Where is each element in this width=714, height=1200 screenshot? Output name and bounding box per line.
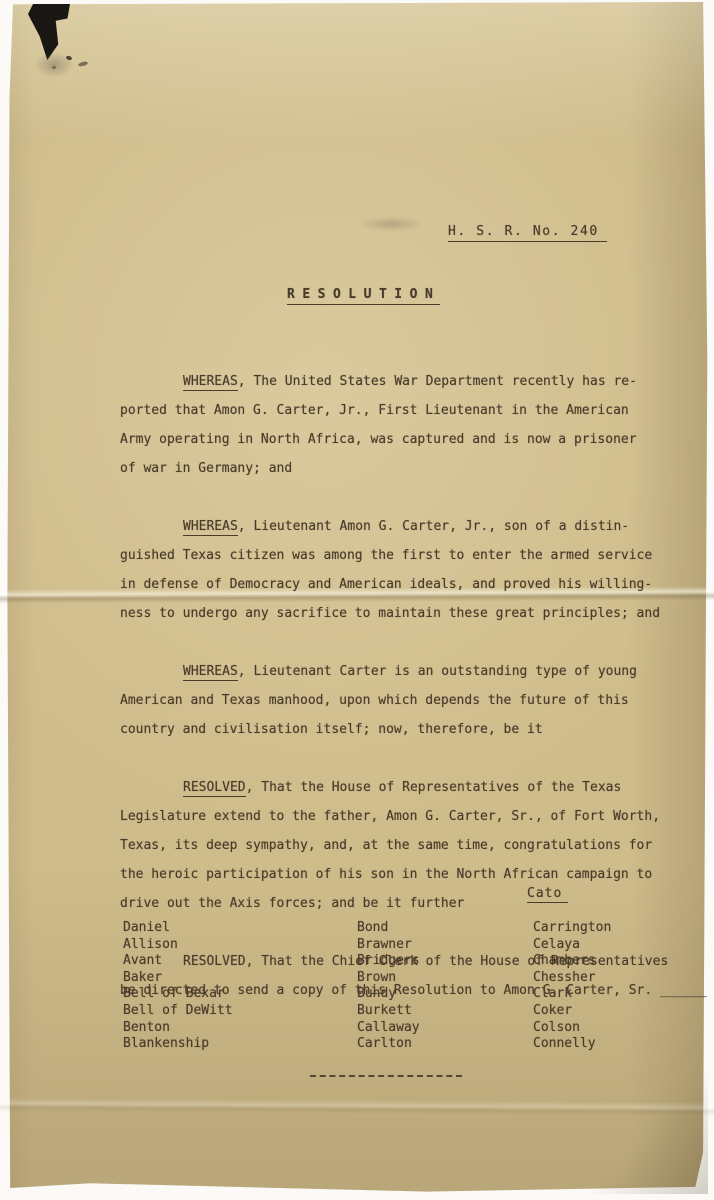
signer-name: Bond bbox=[357, 920, 420, 937]
signer-name: Burkett bbox=[357, 1003, 420, 1020]
signer-name: Clark bbox=[533, 986, 611, 1003]
signer-name: Baker bbox=[123, 970, 233, 987]
signer-name: Chessher bbox=[533, 970, 611, 987]
signer-name: Avant bbox=[123, 953, 233, 970]
signer-name: Benton bbox=[123, 1020, 233, 1037]
signer-name: Brawner bbox=[357, 937, 420, 954]
signer-name: Bundy bbox=[357, 986, 420, 1003]
lead-word: RESOLVED bbox=[183, 780, 246, 797]
signer-name: Carlton bbox=[357, 1036, 420, 1053]
signer-name: Coker bbox=[533, 1003, 611, 1020]
signer-name: Blankenship bbox=[123, 1036, 233, 1053]
signer-name: Bell of Bexar bbox=[123, 986, 233, 1003]
whereas-paragraph-3: WHEREAS, Lieutenant Carter is an outstan… bbox=[120, 657, 714, 744]
typed-divider-rule bbox=[310, 1075, 462, 1077]
signer-name: Daniel bbox=[123, 920, 233, 937]
signer-name: Callaway bbox=[357, 1020, 420, 1037]
signer-column-1: DanielAllisonAvantBakerBell of BexarBell… bbox=[123, 920, 233, 1053]
whereas-paragraph-2: WHEREAS, Lieutenant Amon G. Carter, Jr.,… bbox=[120, 512, 714, 628]
signer-name: Carrington bbox=[533, 920, 611, 937]
signer-name: Connelly bbox=[533, 1036, 611, 1053]
lead-word: WHEREAS bbox=[183, 664, 238, 681]
cato-signature-heading: Cato bbox=[527, 886, 568, 903]
paragraph-text: , That the House of Representatives of t… bbox=[120, 780, 660, 911]
signer-column-2: BondBrawnerBridgersBrownBundyBurkettCall… bbox=[357, 920, 420, 1053]
signer-name: Bridgers bbox=[357, 953, 420, 970]
document-title: RESOLUTION bbox=[287, 287, 440, 305]
signer-name: Bell of DeWitt bbox=[123, 1003, 233, 1020]
signer-name: Allison bbox=[123, 937, 233, 954]
lead-word: WHEREAS bbox=[183, 519, 238, 536]
resolution-number: H. S. R. No. 240 bbox=[448, 224, 607, 242]
lead-word: WHEREAS bbox=[183, 374, 238, 391]
signer-name: Brown bbox=[357, 970, 420, 987]
smudge bbox=[34, 52, 74, 78]
smudge bbox=[358, 216, 424, 232]
whereas-paragraph-1: WHEREAS, The United States War Departmen… bbox=[120, 367, 714, 483]
signer-name: Colson bbox=[533, 1020, 611, 1037]
signer-column-3: CarringtonCelayaChambersChessherClarkCok… bbox=[533, 920, 611, 1053]
resolved-paragraph-1: RESOLVED, That the House of Representati… bbox=[120, 773, 714, 918]
signer-name: Chambers bbox=[533, 953, 611, 970]
scanned-document: H. S. R. No. 240 RESOLUTION WHEREAS, The… bbox=[0, 0, 714, 1200]
signer-name: Celaya bbox=[533, 937, 611, 954]
